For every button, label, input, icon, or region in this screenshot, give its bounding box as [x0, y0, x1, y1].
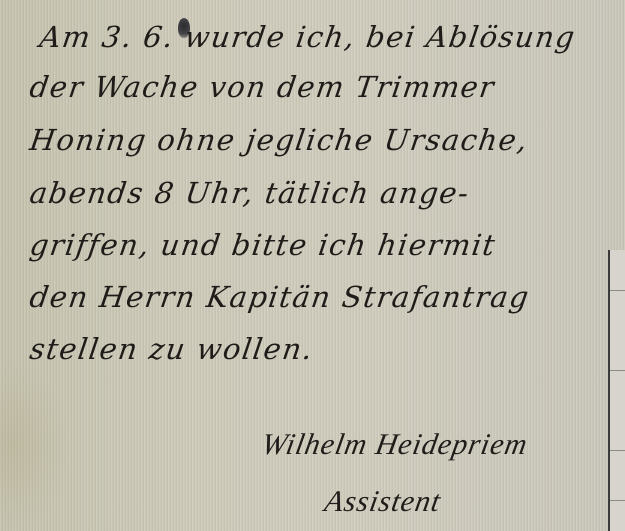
letter-line-1: Am 3. 6. wurde ich, bei Ablösung [38, 20, 583, 54]
letter-line-7: stellen zu wollen. [28, 332, 316, 366]
letter-line-4: abends 8 Uhr, tätlich ange- [28, 176, 472, 210]
background-page-edge [608, 250, 625, 531]
letter-line-2: der Wache von dem Trimmer [28, 70, 498, 104]
signature-name: Wilhelm Heidepriem [259, 428, 530, 462]
letter-line-5: griffen, und bitte ich hiermit [28, 228, 499, 262]
letter-line-3: Honing ohne jegliche Ursache, [28, 123, 531, 157]
signature-title: Assistent [322, 485, 444, 519]
letter-line-6: den Herrn Kapitän Strafantrag [28, 280, 532, 314]
paper-stain [0, 360, 70, 531]
